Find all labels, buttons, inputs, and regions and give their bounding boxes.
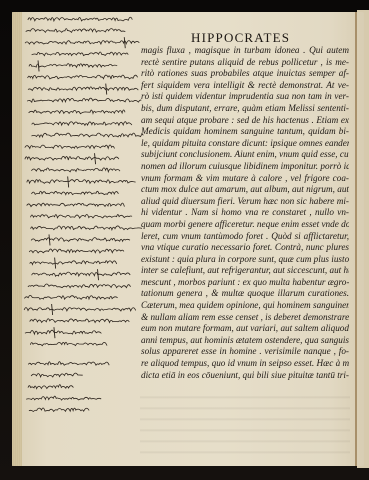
text-line: tationum genera , & multæ quoque illarum… [141, 288, 349, 300]
text-line: nomen ad illorum cuiusque libidinem impo… [141, 161, 349, 173]
text-line: quam morbi genere afficeretur. neque eni… [141, 219, 349, 231]
text-line: magis fluxa , magisque in turbam idonea … [141, 45, 349, 57]
text-line: fert siquidem vera intelligit & rectè de… [141, 80, 349, 92]
text-line: rectè sentire putans aliquid de rebus po… [141, 57, 349, 69]
page-stack-edge [12, 12, 22, 466]
text-line: aliud quid diuersum fieri. Verum hæc non… [141, 196, 349, 208]
text-line: le, quidam pituita constare dicunt: ipsi… [141, 138, 349, 150]
text-line: Medicis quidam hominem sanguine tantum, … [141, 126, 349, 138]
text-line: inter se calefiunt, aut refrigerantur, a… [141, 265, 349, 277]
text-line: re aliquod tempus, quo id vnum in seipso… [141, 358, 349, 370]
text-line: leret, cum vnum tantùmodo foret . Quòd s… [141, 231, 349, 243]
text-line: vnum formam & vim mutare à calore , vel … [141, 173, 349, 185]
handwriting-scribble-icon [22, 14, 147, 434]
text-line: am sequi atque probare : sed de his hact… [141, 115, 349, 127]
show-through-text [140, 388, 350, 458]
handwritten-marginalia [22, 14, 147, 434]
text-line: bis, dum disputant, errare, quàm etiam M… [141, 103, 349, 115]
text-line: rò isti quidem videntur imprudentia sua … [141, 91, 349, 103]
gutter-line [355, 12, 357, 466]
text-line: eum non mutare formam, aut variari, aut … [141, 323, 349, 335]
text-line: ctum mox dulce aut amarum, aut album, au… [141, 184, 349, 196]
running-head: HIPPOCRATES [191, 30, 290, 46]
text-line: anni tempus, aut hominis ætatem ostender… [141, 335, 349, 347]
printed-text-block: magis fluxa , magisque in turbam idonea … [141, 45, 349, 381]
text-line: solus appareret esse in homine . verisim… [141, 346, 349, 358]
text-line: vna vtique curatio necessario foret. Con… [141, 242, 349, 254]
text-line: dicta etiā in eos cōueniunt, qui bili si… [141, 370, 349, 382]
text-line: & nullam aliam rem esse censet , is debe… [141, 312, 349, 324]
text-line: ritò rationes suas probabiles atque inui… [141, 68, 349, 80]
text-line: mescunt , morbos pariunt : ex quo multa … [141, 277, 349, 289]
text-line: existunt : quia plura in corpore sunt, q… [141, 254, 349, 266]
text-line: hi videntur . Nam si homo vna re constar… [141, 207, 349, 219]
text-line: Cæterum, mea quidem opinione, qui homine… [141, 300, 349, 312]
text-line: subijciunt conclusionem. Aiunt enim, vnu… [141, 149, 349, 161]
